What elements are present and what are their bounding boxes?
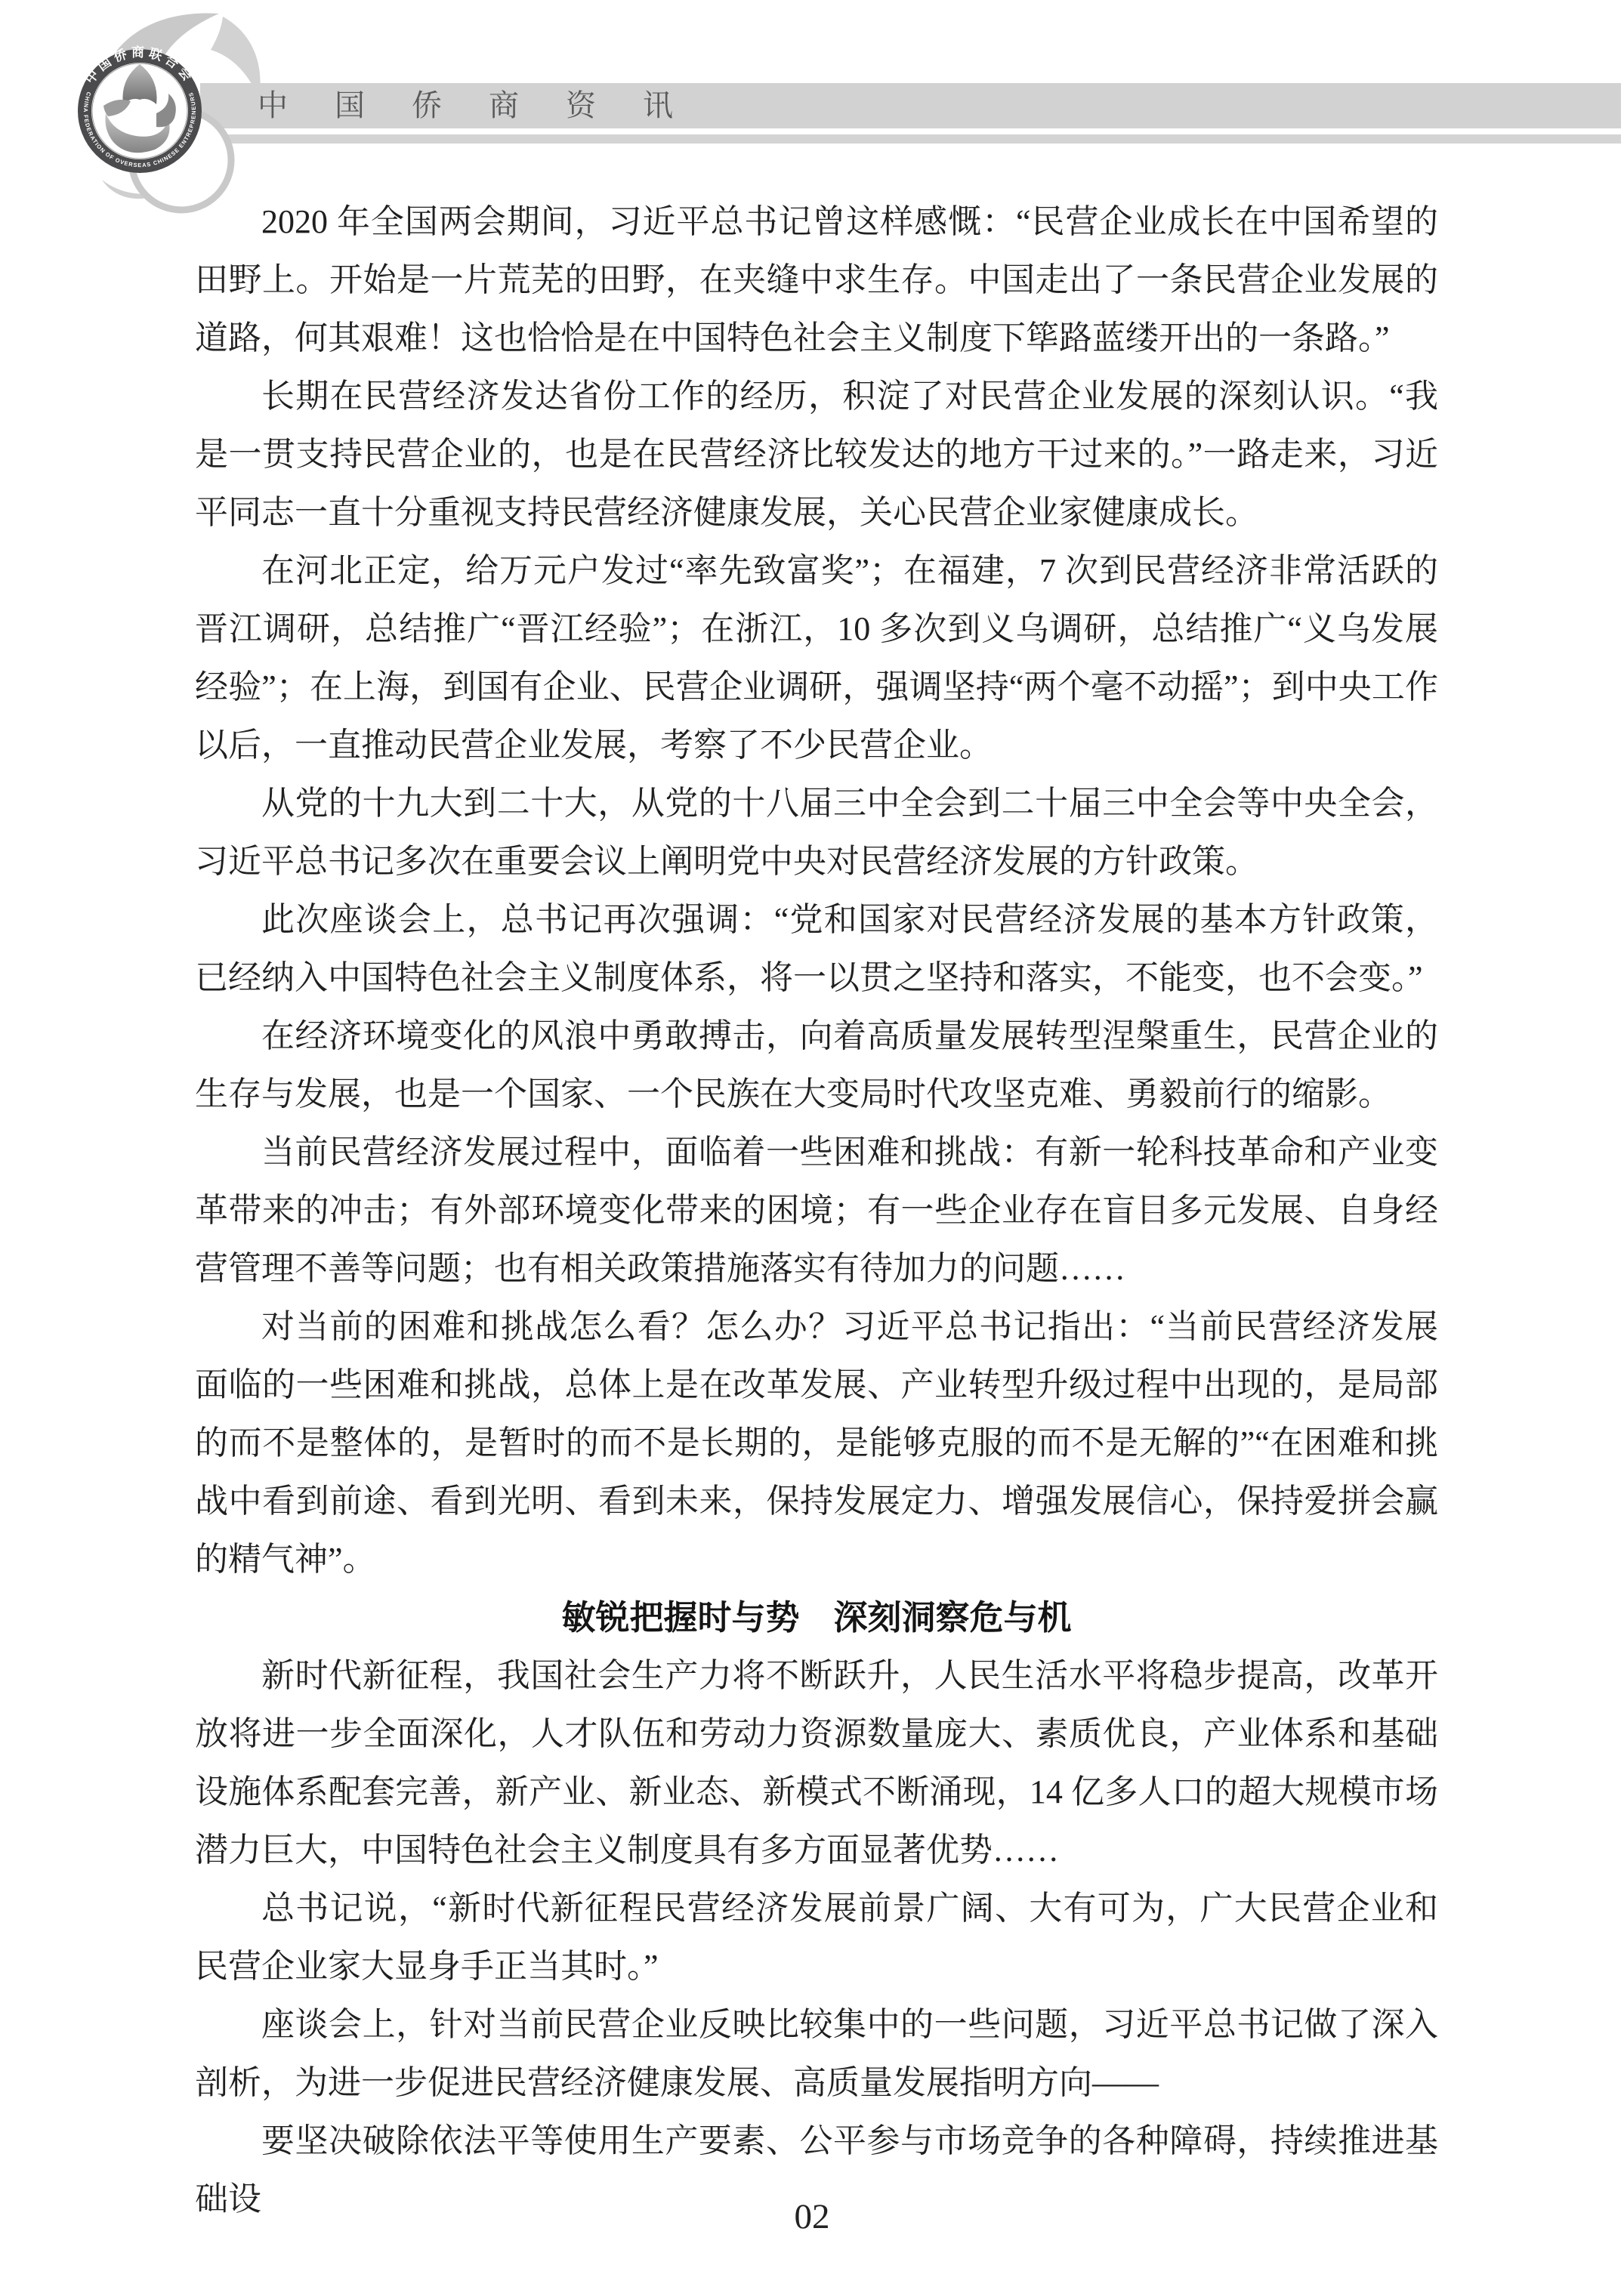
- paragraph: 座谈会上，针对当前民营企业反映比较集中的一些问题，习近平总书记做了深入剖析，为进…: [195, 1995, 1438, 2112]
- section-heading: 敏锐把握时与势 深刻洞察危与机: [195, 1588, 1438, 1646]
- article-body: 2020 年全国两会期间，习近平总书记曾这样感慨：“民营企业成长在中国希望的田野…: [195, 193, 1438, 2228]
- paragraph: 对当前的困难和挑战怎么看？怎么办？习近平总书记指出：“当前民营经济发展面临的一些…: [195, 1298, 1438, 1588]
- masthead-bar: 中国侨商资讯: [200, 83, 1621, 128]
- paragraph: 从党的十九大到二十大，从党的十八届三中全会到二十届三中全会等中央全会，习近平总书…: [195, 774, 1438, 890]
- paragraph: 长期在民营经济发达省份工作的经历，积淀了对民营企业发展的深刻认识。“我是一贯支持…: [195, 367, 1438, 542]
- paragraph: 在经济环境变化的风浪中勇敢搏击，向着高质量发展转型涅槃重生，民营企业的生存与发展…: [195, 1007, 1438, 1123]
- paragraph: 在河北正定，给万元户发过“率先致富奖”；在福建，7 次到民营经济非常活跃的晋江调…: [195, 542, 1438, 774]
- paragraph: 2020 年全国两会期间，习近平总书记曾这样感慨：“民营企业成长在中国希望的田野…: [195, 193, 1438, 367]
- document-page: 中国侨商资讯 中国侨商联合会: [0, 0, 1624, 2293]
- masthead-rule: [200, 134, 1621, 144]
- page-number: 02: [0, 2199, 1624, 2235]
- swoosh-right-icon: [211, 17, 261, 98]
- paragraph: 新时代新征程，我国社会生产力将不断跃升，人民生活水平将稳步提高，改革开放将进一步…: [195, 1646, 1438, 1879]
- paragraph: 总书记说，“新时代新征程民营经济发展前景广阔、大有可为，广大民营企业和民营企业家…: [195, 1879, 1438, 1995]
- paragraph: 此次座谈会上，总书记再次强调：“党和国家对民营经济发展的基本方针政策，已经纳入中…: [195, 890, 1438, 1007]
- paragraph: 当前民营经济发展过程中，面临着一些困难和挑战：有新一轮科技革命和产业变革带来的冲…: [195, 1123, 1438, 1298]
- masthead-title: 中国侨商资讯: [258, 83, 720, 128]
